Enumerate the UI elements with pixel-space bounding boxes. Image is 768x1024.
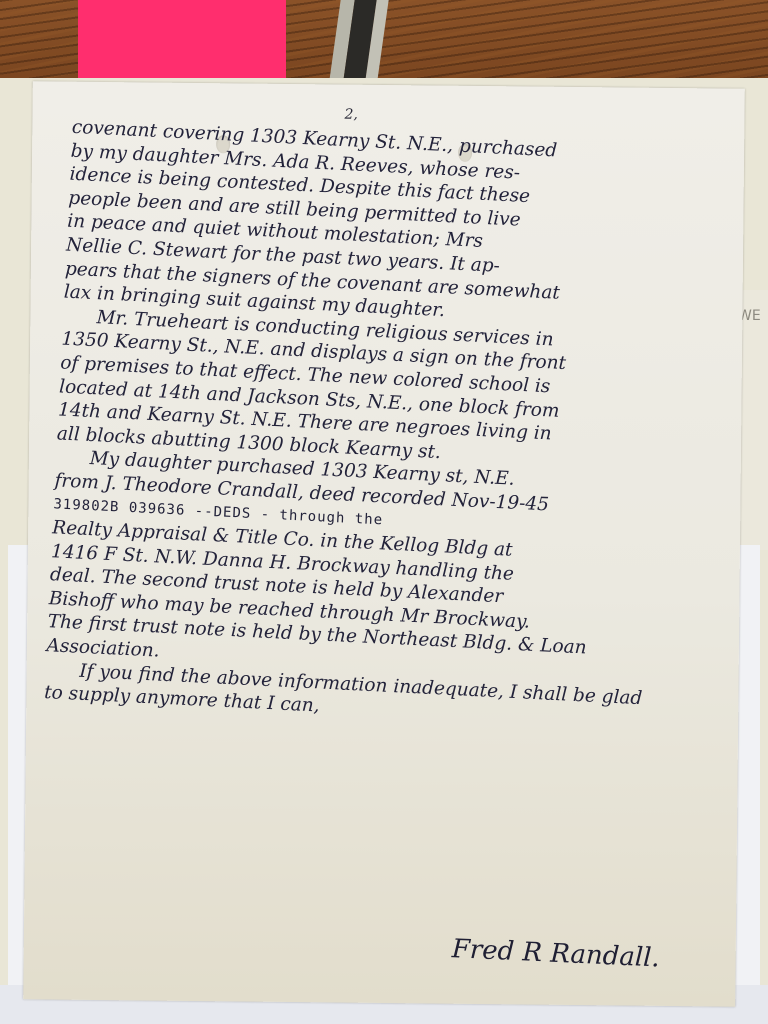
handwritten-letter-page: 2, covenant covering 1303 Kearny St. N.E… [23,81,745,1006]
signature: Fred R Randall. [451,934,660,973]
letter-body: covenant covering 1303 Kearny St. N.E., … [44,116,722,737]
page-number: 2, [344,107,358,123]
